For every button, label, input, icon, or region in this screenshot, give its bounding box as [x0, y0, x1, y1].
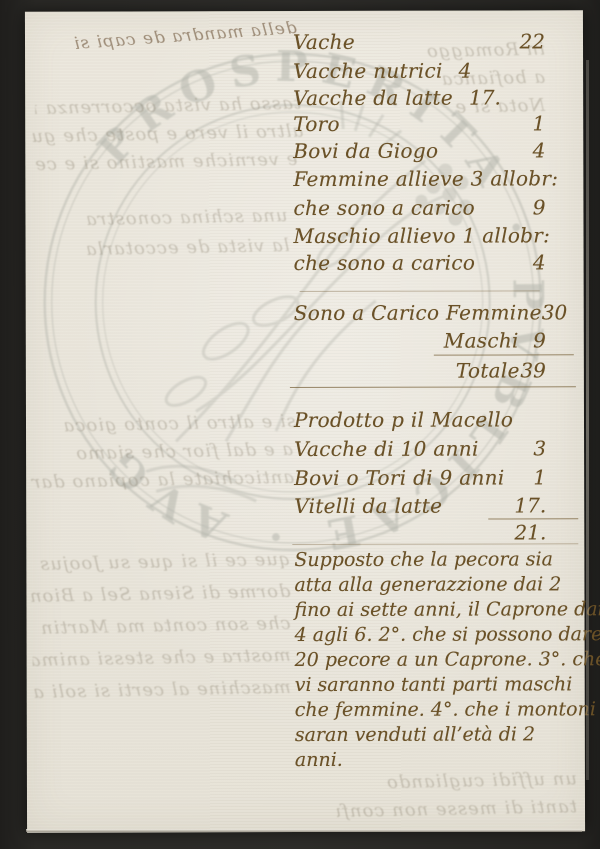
- summary-value: 9: [533, 328, 546, 352]
- paragraph-line: atta alla generazzione dai 2: [294, 572, 590, 598]
- macello-value: 17.: [514, 493, 546, 517]
- summary-row: Totale 39: [294, 358, 546, 383]
- summary-row: Maschi 9: [294, 328, 546, 353]
- ledger-label: che sono a carico: [294, 251, 476, 275]
- ledger-value: 4: [533, 250, 546, 274]
- ledger-row: Vacche da latte 17.: [293, 85, 545, 110]
- macello-label: Vitelli da latte: [294, 494, 442, 518]
- bleedthrough-text: tasso ha vista occorrenza non: [35, 93, 301, 119]
- ledger-value: 22: [520, 29, 546, 53]
- bleedthrough-text: una schina conostra: [55, 205, 287, 231]
- macello-value: 1: [533, 465, 546, 489]
- macello-title-row: Prodotto p il Macello: [294, 407, 546, 432]
- ledger-value: 4: [459, 59, 472, 83]
- ledger-label: Bovi da Giogo: [293, 139, 438, 163]
- ledger-label: che sono a carico: [293, 196, 475, 220]
- summary-row: Sono a Carico Femmine 30: [294, 300, 546, 325]
- macello-label: Vacche di 10 anni: [294, 437, 479, 461]
- notes-paragraph: Supposto che la pecora sia atta alla gen…: [294, 547, 591, 773]
- ledger-label: Maschio allievo 1 allobr:: [293, 223, 550, 248]
- macello-label: Bovi o Tori di 9 anni: [294, 465, 504, 490]
- macello-title: Prodotto p il Macello: [294, 407, 513, 432]
- summary-value: 39: [520, 358, 546, 382]
- ledger-row: che sono a carico 4: [294, 250, 546, 275]
- ledger-label: Femmine allieve 3 allobr:: [293, 166, 558, 191]
- paragraph-line: Supposto che la pecora sia: [294, 547, 590, 573]
- bleedthrough-text: altro il vero e poste che guarda noi: [31, 121, 303, 147]
- bleedthrough-text: si e altro il conto gioca: [34, 411, 296, 437]
- macello-total-row: 21.: [294, 520, 546, 545]
- macello-row: Vitelli da latte 17.: [294, 493, 546, 518]
- paragraph-line: 4 agli 6. 2°. che si possono dare: [295, 622, 591, 648]
- paragraph-line: fino ai sette anni, il Caprone dai: [294, 597, 590, 623]
- summary-label: Sono a Carico Femmine: [294, 300, 542, 325]
- ledger-value: 1: [532, 111, 545, 135]
- ledger-value: 9: [533, 195, 546, 219]
- bleedthrough-text: che son conta ma Martin sono: [34, 613, 290, 639]
- ledger-label: Toro: [293, 112, 340, 136]
- macello-sum-underline: [488, 518, 578, 519]
- paragraph-line: saran venduti all’età di 2: [295, 722, 591, 748]
- paragraph-line: 20 pecore a un Caprone. 3°. che: [295, 647, 591, 673]
- ledger-row: Bovi da Giogo 4: [293, 138, 545, 163]
- total-underline: [290, 386, 576, 388]
- ledger-value: 4: [533, 138, 546, 162]
- ledger-value: 17.: [469, 85, 501, 109]
- ledger-row: Femmine allieve 3 allobr:: [293, 166, 545, 191]
- ledger-row: Maschio allievo 1 allobr:: [293, 223, 545, 248]
- bleedthrough-text: e verniche mastino si e cesti: [35, 149, 297, 175]
- macello-bottom-line: [292, 543, 578, 545]
- paragraph-line: vi saranno tanti parti maschi: [295, 672, 591, 698]
- photographed-manuscript-page: PROSPERITA · PVBLICAE · AVG: [0, 0, 600, 849]
- ledger-label: Vacche da latte: [293, 86, 453, 110]
- bleedthrough-text: mostra e che stessi animali: [32, 645, 290, 671]
- ledger-row: Vache 22: [293, 29, 545, 54]
- section-divider-line: [300, 290, 540, 292]
- ledger-row: Toro 1: [293, 111, 545, 136]
- sum-underline: [434, 354, 574, 355]
- summary-label: Maschi: [294, 328, 519, 353]
- ledger-label: Vacche nutrici: [293, 59, 443, 83]
- summary-label: Totale: [294, 358, 520, 383]
- bleedthrough-text: a e dal fior che siamo: [38, 439, 293, 465]
- bleedthrough-text: la vista de eccotarla: [49, 235, 289, 261]
- ledger-row: Vacche nutrici 4: [293, 58, 545, 83]
- bleedthrough-ink-note: della mandra de capi si: [39, 18, 298, 57]
- macello-row: Vacche di 10 anni 3: [294, 436, 546, 461]
- page-stack-edge: [586, 60, 589, 780]
- summary-value: 30: [542, 300, 568, 324]
- ledger-label: Vache: [293, 30, 355, 54]
- paragraph-line: che femmine. 4°. che i montoni: [295, 697, 591, 723]
- bleedthrough-text: dorme di Siena Sel a Bione: [30, 581, 290, 607]
- bleedthrough-text: que ce il si que su Joojus: [32, 549, 290, 575]
- macello-row: Bovi o Tori di 9 anni 1: [294, 465, 546, 490]
- ledger-row: che sono a carico 9: [293, 195, 545, 220]
- paper-bottom-edge: [26, 829, 582, 832]
- bleedthrough-text: tanti di messe non confusi: [337, 796, 577, 822]
- bleedthrough-text: anticchiate la copiano dar il suo: [30, 467, 294, 493]
- macello-value: 3: [533, 436, 546, 460]
- paper-sheet: PROSPERITA · PVBLICAE · AVG: [25, 10, 585, 832]
- macello-total: 21.: [514, 520, 546, 544]
- paragraph-line: anni.: [295, 747, 591, 773]
- bleedthrough-text: maschine al certi si soli a noi: [31, 677, 291, 703]
